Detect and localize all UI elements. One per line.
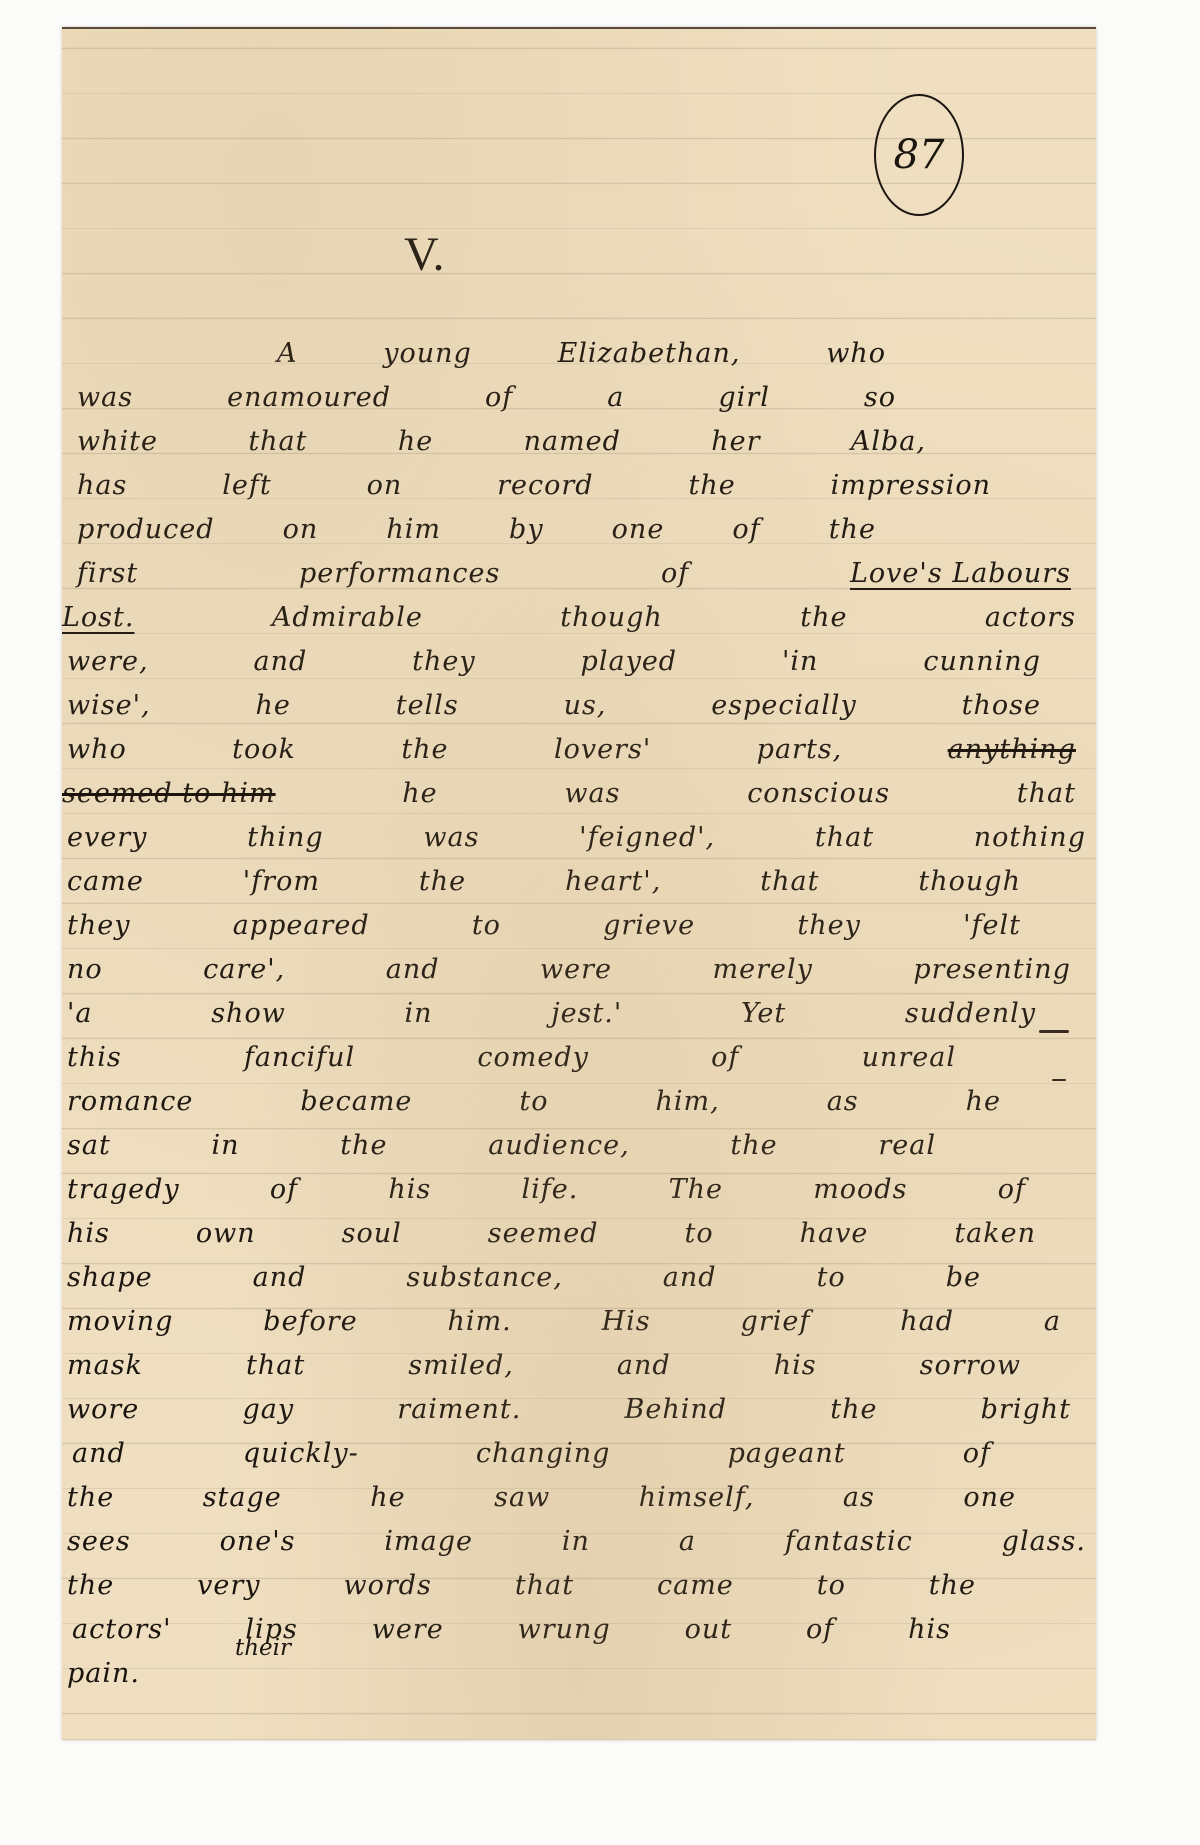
word: he [255, 690, 290, 721]
word: his [67, 1218, 110, 1249]
text-line: they appeared to grieve they 'felt [62, 897, 1096, 941]
word: his [774, 1350, 817, 1381]
text-line: were, and they played 'in cunning [62, 633, 1096, 677]
word: of [270, 1174, 298, 1205]
struck-phrase: seemed to him [62, 778, 276, 809]
word: to [684, 1218, 713, 1249]
word: to [519, 1086, 548, 1117]
word: Elizabethan, [558, 338, 741, 369]
word: soul [342, 1218, 402, 1249]
text-line: sees one's image in a fantastic glass. [62, 1513, 1096, 1557]
text-line: seemed to him he was conscious that [62, 765, 1096, 809]
text-line: his own soul seemed to have taken [62, 1205, 1096, 1249]
word: changing [476, 1438, 611, 1469]
word: the [688, 470, 735, 501]
word: this [67, 1042, 122, 1073]
word: that [246, 1350, 305, 1381]
word: out [685, 1614, 733, 1645]
interlinear-insertion: their [235, 1635, 291, 1661]
text-line: the stage he saw himself, as one [62, 1469, 1096, 1513]
word: enamoured [227, 382, 391, 413]
word: those [962, 690, 1041, 721]
text-line: has left on record the impression [62, 457, 1096, 501]
word: grief [741, 1306, 811, 1337]
word: sees [67, 1526, 131, 1557]
word: every [67, 822, 147, 853]
word: stage [203, 1482, 282, 1513]
word: raiment. [397, 1394, 521, 1425]
word: Behind [625, 1394, 728, 1425]
word: 'felt [963, 910, 1021, 941]
word: they [797, 910, 860, 941]
word: he [966, 1086, 1001, 1117]
word: especially [711, 690, 856, 721]
word: sorrow [920, 1350, 1021, 1381]
word: that [515, 1570, 574, 1601]
text-line: wise', he tells us, especially those [62, 677, 1096, 721]
word: be [946, 1262, 981, 1293]
word: were [372, 1614, 444, 1645]
word: one [963, 1482, 1016, 1513]
word: pain. [67, 1658, 140, 1689]
play-title-underlined: Lost. [62, 602, 134, 633]
word: of [732, 514, 760, 545]
word: the [730, 1130, 777, 1161]
word: the [340, 1130, 387, 1161]
word: of [963, 1438, 991, 1469]
word: grieve [603, 910, 695, 941]
text-line: sat in the audience, the real [62, 1117, 1096, 1161]
word: pageant [728, 1438, 846, 1469]
word: a [1044, 1306, 1061, 1337]
word: produced [77, 514, 215, 545]
word: the [929, 1570, 976, 1601]
word: girl [718, 382, 769, 413]
word: before [263, 1306, 357, 1337]
word: tells [396, 690, 459, 721]
struck-word: anything [948, 734, 1076, 765]
word: actors' [72, 1614, 172, 1645]
word: very [197, 1570, 260, 1601]
word: have [800, 1218, 869, 1249]
word: that [760, 866, 819, 897]
word: that [1017, 778, 1076, 809]
word: wise', [67, 690, 151, 721]
word: merely [713, 954, 813, 985]
word: tragedy [67, 1174, 180, 1205]
word: and [253, 646, 307, 677]
word: bright [981, 1394, 1071, 1425]
word: in [212, 1130, 240, 1161]
word: became [300, 1086, 412, 1117]
word: shape [67, 1262, 153, 1293]
word: fantastic [785, 1526, 913, 1557]
text-line: first performances of Love's Labours [62, 545, 1096, 589]
word: conscious [747, 778, 890, 809]
word: gay [242, 1394, 294, 1425]
word: actors [985, 602, 1076, 633]
word: 'feigned', [579, 822, 715, 853]
word: one's [220, 1526, 296, 1557]
text-line: wore gay raiment. Behind the bright [62, 1381, 1096, 1425]
word: the [67, 1482, 114, 1513]
word: the [829, 514, 876, 545]
word: wore [67, 1394, 139, 1425]
word: of [711, 1042, 739, 1073]
word: has [77, 470, 127, 501]
word: the [830, 1394, 877, 1425]
word: performances [299, 558, 500, 589]
text-line: Lost. Admirable though the actors [62, 589, 1096, 633]
word: by [509, 514, 544, 545]
word: were, [67, 646, 149, 677]
text-line: was enamoured of a girl so [62, 369, 1096, 413]
word: 'a [67, 998, 93, 1029]
word: one [612, 514, 665, 545]
word: was [423, 822, 479, 853]
word: he [402, 778, 437, 809]
word: in [562, 1526, 590, 1557]
word: named [524, 426, 621, 457]
word: of [485, 382, 513, 413]
word: was [77, 382, 133, 413]
word: him. [448, 1306, 512, 1337]
word: words [344, 1570, 432, 1601]
word: and [617, 1350, 671, 1381]
text-line: pain. [62, 1645, 1096, 1689]
word: he [370, 1482, 405, 1513]
text-line: and quickly- changing pageant of [62, 1425, 1096, 1469]
word: romance [67, 1086, 193, 1117]
word: as [843, 1482, 875, 1513]
word: he [398, 426, 433, 457]
word: left [222, 470, 271, 501]
word: own [196, 1218, 256, 1249]
text-line: white that he named her Alba, [62, 413, 1096, 457]
word: 'in [782, 646, 818, 677]
word: a [679, 1526, 696, 1557]
word: to [817, 1262, 846, 1293]
word: jest.' [551, 998, 622, 1029]
word: played [581, 646, 678, 677]
word: substance, [406, 1262, 562, 1293]
text-line: no care', and were merely presenting [62, 941, 1096, 985]
word: Alba, [851, 426, 926, 457]
text-line: every thing was 'feigned', that nothing [62, 809, 1096, 853]
word: comedy [477, 1042, 589, 1073]
word: her [711, 426, 760, 457]
word: mask [67, 1350, 143, 1381]
word: saw [494, 1482, 550, 1513]
word: had [900, 1306, 954, 1337]
word: to [472, 910, 501, 941]
word: cunning [923, 646, 1041, 677]
text-line: this fanciful comedy of unreal [62, 1029, 1096, 1073]
manuscript-page: 87 V. A young Elizabethan, who was enamo… [62, 27, 1096, 1740]
word: and [663, 1262, 717, 1293]
word: the [800, 602, 847, 633]
text-line: romance became to him, as he [62, 1073, 1096, 1117]
word: as [827, 1086, 859, 1117]
word: sat [67, 1130, 111, 1161]
word: suddenly [905, 998, 1036, 1029]
word: on [367, 470, 403, 501]
text-line: tragedy of his life. The moods of [62, 1161, 1096, 1205]
page-number-circled: 87 [874, 94, 964, 216]
word: audience, [488, 1130, 629, 1161]
word: moods [813, 1174, 907, 1205]
word: of [661, 558, 689, 589]
word: and [386, 954, 440, 985]
word: us, [564, 690, 607, 721]
word: that [815, 822, 874, 853]
word: though [560, 602, 663, 633]
word: of [998, 1174, 1026, 1205]
word: A [277, 338, 298, 369]
word: they [67, 910, 130, 941]
word: were [540, 954, 612, 985]
word: that [248, 426, 307, 457]
word: to [817, 1570, 846, 1601]
word: taken [954, 1218, 1036, 1249]
word: his [908, 1614, 951, 1645]
word: heart', [565, 866, 661, 897]
word: thing [247, 822, 324, 853]
text-line: shape and substance, and to be [62, 1249, 1096, 1293]
word: his [388, 1174, 431, 1205]
word: they [412, 646, 475, 677]
word: the [419, 866, 466, 897]
word: lovers' [554, 734, 651, 765]
word: Yet [741, 998, 786, 1029]
word: life. [522, 1174, 579, 1205]
word: so [864, 382, 896, 413]
text-line: A young Elizabethan, who [62, 325, 1096, 369]
text-line: came 'from the heart', that though [62, 853, 1096, 897]
word: and [72, 1438, 126, 1469]
chapter-heading: V. [404, 227, 444, 282]
word: in [405, 998, 433, 1029]
word: The [669, 1174, 723, 1205]
word: appeared [233, 910, 370, 941]
word: though [918, 866, 1021, 897]
word: young [383, 338, 472, 369]
word: seemed [488, 1218, 599, 1249]
word: Admirable [272, 602, 423, 633]
text-line: 'a show in jest.' Yet suddenly [62, 985, 1096, 1029]
text-line: produced on him by one of the [62, 501, 1096, 545]
word: impression [831, 470, 991, 501]
word: who [826, 338, 886, 369]
word: image [384, 1526, 473, 1557]
word: on [283, 514, 319, 545]
word: record [497, 470, 593, 501]
word: unreal [862, 1042, 956, 1073]
word: a [607, 382, 624, 413]
text-line: the very words that came to the [62, 1557, 1096, 1601]
word: moving [67, 1306, 173, 1337]
play-title-underlined: Love's Labours [850, 558, 1071, 589]
word: smiled, [408, 1350, 514, 1381]
word: himself, [639, 1482, 755, 1513]
page-number-text: 87 [894, 132, 945, 178]
word: His [602, 1306, 651, 1337]
word: wrung [518, 1614, 611, 1645]
word: of [806, 1614, 834, 1645]
word: the [401, 734, 448, 765]
word: was [564, 778, 620, 809]
word: and [253, 1262, 307, 1293]
word: presenting [913, 954, 1071, 985]
word: who [67, 734, 127, 765]
word: quickly- [243, 1438, 359, 1469]
word: came [67, 866, 144, 897]
word: real [878, 1130, 936, 1161]
word: care', [203, 954, 285, 985]
word: white [77, 426, 158, 457]
word: first [77, 558, 138, 589]
word: parts, [757, 734, 843, 765]
word: show [211, 998, 286, 1029]
word: 'from [243, 866, 320, 897]
word: no [67, 954, 103, 985]
text-line: actors' lips were wrung out of his [62, 1601, 1096, 1645]
word: glass. [1002, 1526, 1086, 1557]
word: came [657, 1570, 734, 1601]
word: him [386, 514, 441, 545]
text-line: moving before him. His grief had a [62, 1293, 1096, 1337]
word: took [232, 734, 296, 765]
word: the [67, 1570, 114, 1601]
word: fanciful [244, 1042, 355, 1073]
text-line: who took the lovers' parts, anything [62, 721, 1096, 765]
text-line: mask that smiled, and his sorrow [62, 1337, 1096, 1381]
word: nothing [974, 822, 1086, 853]
word: him, [655, 1086, 719, 1117]
